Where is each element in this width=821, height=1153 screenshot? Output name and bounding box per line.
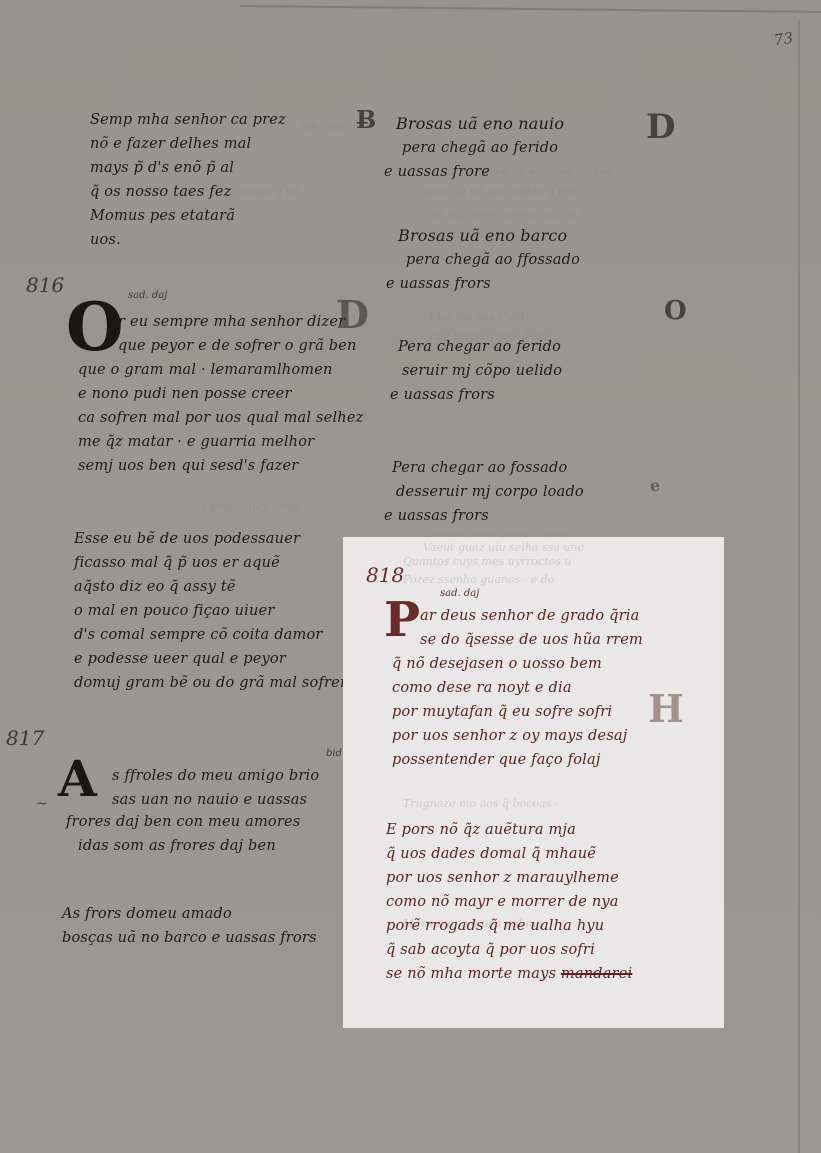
stanza-818-2: E pors nõ q̃z auẽtura mja q̃ uos dades d…: [386, 818, 632, 986]
bleed-through-text: q puo · · uay · ollo: [200, 500, 299, 513]
stanza-817-1-body: frores daj ben con meu amores idas som a…: [66, 810, 300, 858]
poem-rubric-818: sad. daj: [440, 588, 479, 599]
verse-line: e uassas frors: [384, 504, 584, 528]
verse-line: sas uan no nauio e uassas: [112, 788, 319, 812]
verse-line: Pera chegar ao fossado: [392, 456, 584, 480]
verse-line: frores daj ben con meu amores: [66, 810, 300, 834]
bleed-through-text: i las me ssa c'adi: [430, 310, 524, 323]
initial-capital-817: A: [58, 754, 97, 804]
initial-capital-818: P: [384, 596, 420, 644]
verse-line: E pors nõ q̃z auẽtura mja: [386, 818, 632, 842]
stanza-818-1-head: ar deus senhor de grado q̃ria se do q̃se…: [420, 604, 643, 652]
verse-line: mays p̃ d's enõ p̃ al: [90, 156, 286, 180]
refrain-stanza-3: Pera chegar ao ferido seruir mj cõpo uel…: [398, 335, 562, 407]
struck-word: mandarei: [561, 966, 632, 982]
initial-capital-816: O: [66, 294, 124, 360]
verse-line: Semp mha senhor ca prez: [90, 108, 286, 132]
verse-line: e podesse ueer qual e peyor: [74, 647, 347, 671]
manuscript-page: 73 mn · um om qualo pd no ensinou uo sen…: [0, 0, 821, 1153]
stanza-816-2: Esse eu bẽ de uos podessauer ficasso mal…: [74, 527, 347, 695]
verse-line: r eu sempre mha senhor dizer: [118, 310, 357, 334]
verse-line: como nõ mayr e morrer de nya: [386, 890, 632, 914]
ghost-capital-theta: e: [650, 478, 660, 494]
bleed-through-text: Trugnaze mo aos q̃ bocoas ·: [403, 797, 558, 810]
refrain-stanza-1: Brosas uã eno nauio pera chegã ao ferido…: [396, 112, 564, 184]
ghost-capital-d-right: D: [646, 110, 675, 144]
poem-number-816: 816: [26, 273, 64, 297]
ghost-capital-b: Ƀ: [356, 108, 376, 132]
ghost-capital-h: H: [648, 690, 684, 728]
verse-line: Brosas uã eno nauio: [396, 112, 564, 136]
verse-line: se do q̃sesse de uos hũa rrem: [420, 628, 643, 652]
verse-line: As frors domeu amado: [62, 902, 317, 926]
verse-line: como dese ra noyt e dia: [392, 676, 628, 700]
verse-line: o mal en pouco fiçao uiuer: [74, 599, 347, 623]
verse-line: e nono pudi nen posse creer: [78, 382, 363, 406]
verse-line: porẽ rrogads q̃ me ualha hyu: [386, 914, 632, 938]
poem-number-817: 817: [6, 726, 44, 750]
verse-line: nõ e fazer delhes mal: [90, 132, 286, 156]
poem-number-818: 818: [366, 563, 404, 587]
verse-line: desseruir mj corpo loado: [392, 480, 584, 504]
verse-line: por muytafan q̃ eu sofre sofri: [392, 700, 628, 724]
ghost-capital-d: D: [336, 296, 369, 334]
verse-line: d's comal sempre cõ coita damor: [74, 623, 347, 647]
stanza-818-1-body: q̃ nõ desejasen o uosso bem como dese ra…: [392, 652, 628, 772]
poem-rubric-817: bid: [326, 748, 342, 759]
bleed-through-text: Pozez ssenha guanos · e do: [403, 573, 554, 586]
verse-line: ficasso mal q̃ p̃ uos er aquẽ: [74, 551, 347, 575]
bleed-through-text: mn · um: [300, 120, 346, 133]
verse-line: por uos senhor z oy mays desaj: [392, 724, 628, 748]
verse-line: domuj gram bẽ ou do grã mal sofrer: [74, 671, 347, 695]
stanza-817-2: As frors domeu amado bosças uã no barco …: [62, 902, 317, 950]
page-top-edge: [240, 0, 821, 13]
ghost-capital-o: O: [664, 298, 687, 324]
verse-line: e uassas frors: [386, 272, 580, 296]
verse-line: ar deus senhor de grado q̃ria: [420, 604, 643, 628]
page-gutter-edge: [798, 20, 800, 1153]
verse-line: s ffroles do meu amigo brio: [112, 764, 319, 788]
verse-line: Brosas uã eno barco: [398, 224, 580, 248]
stanza-top-left: Semp mha senhor ca prez nõ e fazer delhe…: [90, 108, 286, 252]
verse-line: por uos senhor z marauylheme: [386, 866, 632, 890]
verse-line: semj uos ben qui sesd's fazer: [78, 454, 363, 478]
verse-line: me q̃z matar · e guarria melhor: [78, 430, 363, 454]
verse-line: pera chegã ao ferido: [396, 136, 564, 160]
verse-line: uos.: [90, 228, 286, 252]
verse-line: e uassas frors: [390, 383, 562, 407]
bleed-through-text: Quantos cuys mes uyrroctos u: [403, 555, 571, 568]
bleed-through-text: cunar lo pd uao sollon q̃ fres: [420, 185, 579, 198]
verse-line: q̃ os nosso taes fez: [90, 180, 286, 204]
verse-line: ca sofren mal por uos qual mal selhez: [78, 406, 363, 430]
verse-line: Momus pes etatarã: [90, 204, 286, 228]
stanza-816-1-body: que o gram mal · lemaramlhomen e nono pu…: [78, 358, 363, 478]
refrain-stanza-4: Pera chegar ao fossado desseruir mj corp…: [392, 456, 584, 528]
poem-rubric-816: sad. daj: [128, 290, 167, 301]
bleed-through-text: Vaeut guaz uiu selha ssa unc: [423, 541, 584, 554]
verse-line: q̃ uos dades domal q̃ mhauẽ: [386, 842, 632, 866]
verse-line: possentender que faço folaj: [392, 748, 628, 772]
verse-line: e uassas frore: [384, 160, 564, 184]
stanza-817-1-head: s ffroles do meu amigo brio sas uan no n…: [112, 764, 319, 812]
verse-text: se nõ mha morte mays: [386, 966, 556, 982]
bleed-through-text: ud cuj amor tan mal ad ioj f·: [430, 208, 587, 221]
verse-line: que o gram mal · lemaramlhomen: [78, 358, 363, 382]
verse-line: q̃ sab acoyta q̃ por uos sofri: [386, 938, 632, 962]
verse-line: Pera chegar ao ferido: [398, 335, 562, 359]
verse-line: aq̃sto diz eo q̃ assy tẽ: [74, 575, 347, 599]
verse-line: idas som as frores daj ben: [66, 834, 300, 858]
verse-line: que peyor e de sofrer o grã ben: [118, 334, 357, 358]
folio-number: 73: [773, 29, 794, 49]
stanza-816-1-head: r eu sempre mha senhor dizer que peyor e…: [118, 310, 357, 358]
verse-line: pera chegã ao ffossado: [398, 248, 580, 272]
verse-line: q̃ nõ desejasen o uosso bem: [392, 652, 628, 676]
refrain-stanza-2: Brosas uã eno barco pera chegã ao ffossa…: [398, 224, 580, 296]
verse-line: Esse eu bẽ de uos podessauer: [74, 527, 347, 551]
verse-line-last: se nõ mha morte mays mandarei: [386, 962, 632, 986]
margin-flourish: ~: [36, 796, 48, 812]
verse-line: seruir mj cõpo uelido: [398, 359, 562, 383]
verse-line: bosças uã no barco e uassas frors: [62, 926, 317, 950]
